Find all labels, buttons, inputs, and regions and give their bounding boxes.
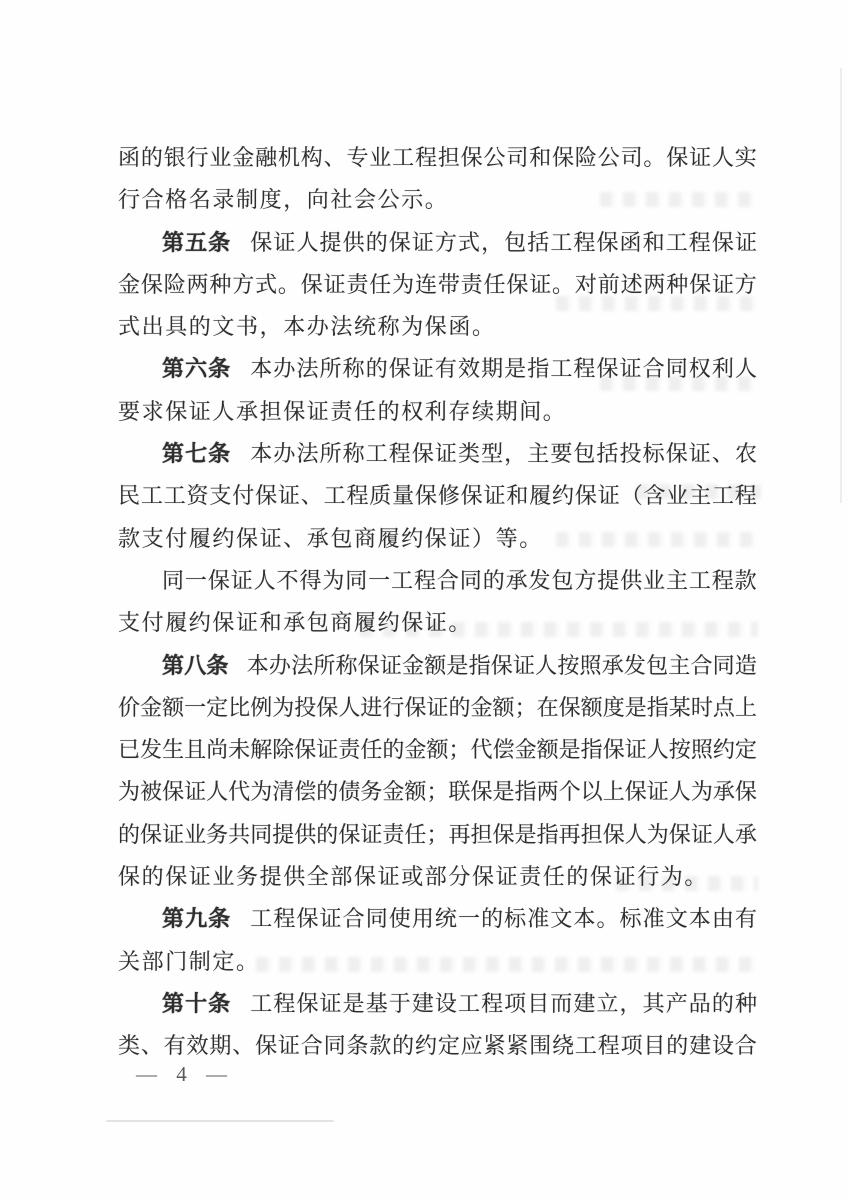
text-line-article-start: 第十条工程保证是基于建设工程项目而建立，其产品的种 [118,983,757,1025]
text-line-article-start: 第八条本办法所称保证金额是指保证人按照承发包主合同造 [118,645,757,687]
text-line-article-start: 第五条保证人提供的保证方式，包括工程保函和工程保证 [118,222,757,264]
scanned-page: 函的银行业金融机构、专业工程担保公司和保险公司。保证人实行合格名录制度，向社会公… [0,0,848,1200]
document-body: 函的银行业金融机构、专业工程担保公司和保险公司。保证人实行合格名录制度，向社会公… [118,137,757,1068]
text-line: 保的保证业务提供全部保证或部分保证责任的保证行为。 [118,856,757,898]
text-line: 关部门制定。 [118,941,757,983]
text-line: 函的银行业金融机构、专业工程担保公司和保险公司。保证人实 [118,137,757,179]
text-line-article-start: 第六条本办法所称的保证有效期是指工程保证合同权利人 [118,348,757,390]
text-line: 价金额一定比例为投保人进行保证的金额；在保额度是指某时点上 [118,687,757,729]
text-line: 的保证业务共同提供的保证责任；再担保是指再担保人为保证人承 [118,814,757,856]
text-line: 同一保证人不得为同一工程合同的承发包方提供业主工程款 [118,560,757,602]
text-line-article-start: 第七条本办法所称工程保证类型，主要包括投标保证、农 [118,433,757,475]
scan-artifact-bottom-line [106,1120,334,1122]
scan-artifact-vertical-edge [840,68,842,503]
text-line-article-start: 第九条工程保证合同使用统一的标准文本。标准文本由有 [118,898,757,940]
text-line: 已发生且尚未解除保证责任的金额；代偿金额是指保证人按照约定 [118,729,757,771]
text-line: 支付履约保证和承包商履约保证。 [118,602,757,644]
text-line: 为被保证人代为清偿的债务金额；联保是指两个以上保证人为承保 [118,771,757,813]
text-line: 要求保证人承担保证责任的权利存续期间。 [118,391,757,433]
page-number: — 4 — [136,1062,234,1087]
text-line: 行合格名录制度，向社会公示。 [118,179,757,221]
text-line: 款支付履约保证、承包商履约保证）等。 [118,518,757,560]
text-line: 式出具的文书，本办法统称为保函。 [118,306,757,348]
text-line: 金保险两种方式。保证责任为连带责任保证。对前述两种保证方 [118,264,757,306]
text-line: 民工工资支付保证、工程质量保修保证和履约保证（含业主工程 [118,475,757,517]
